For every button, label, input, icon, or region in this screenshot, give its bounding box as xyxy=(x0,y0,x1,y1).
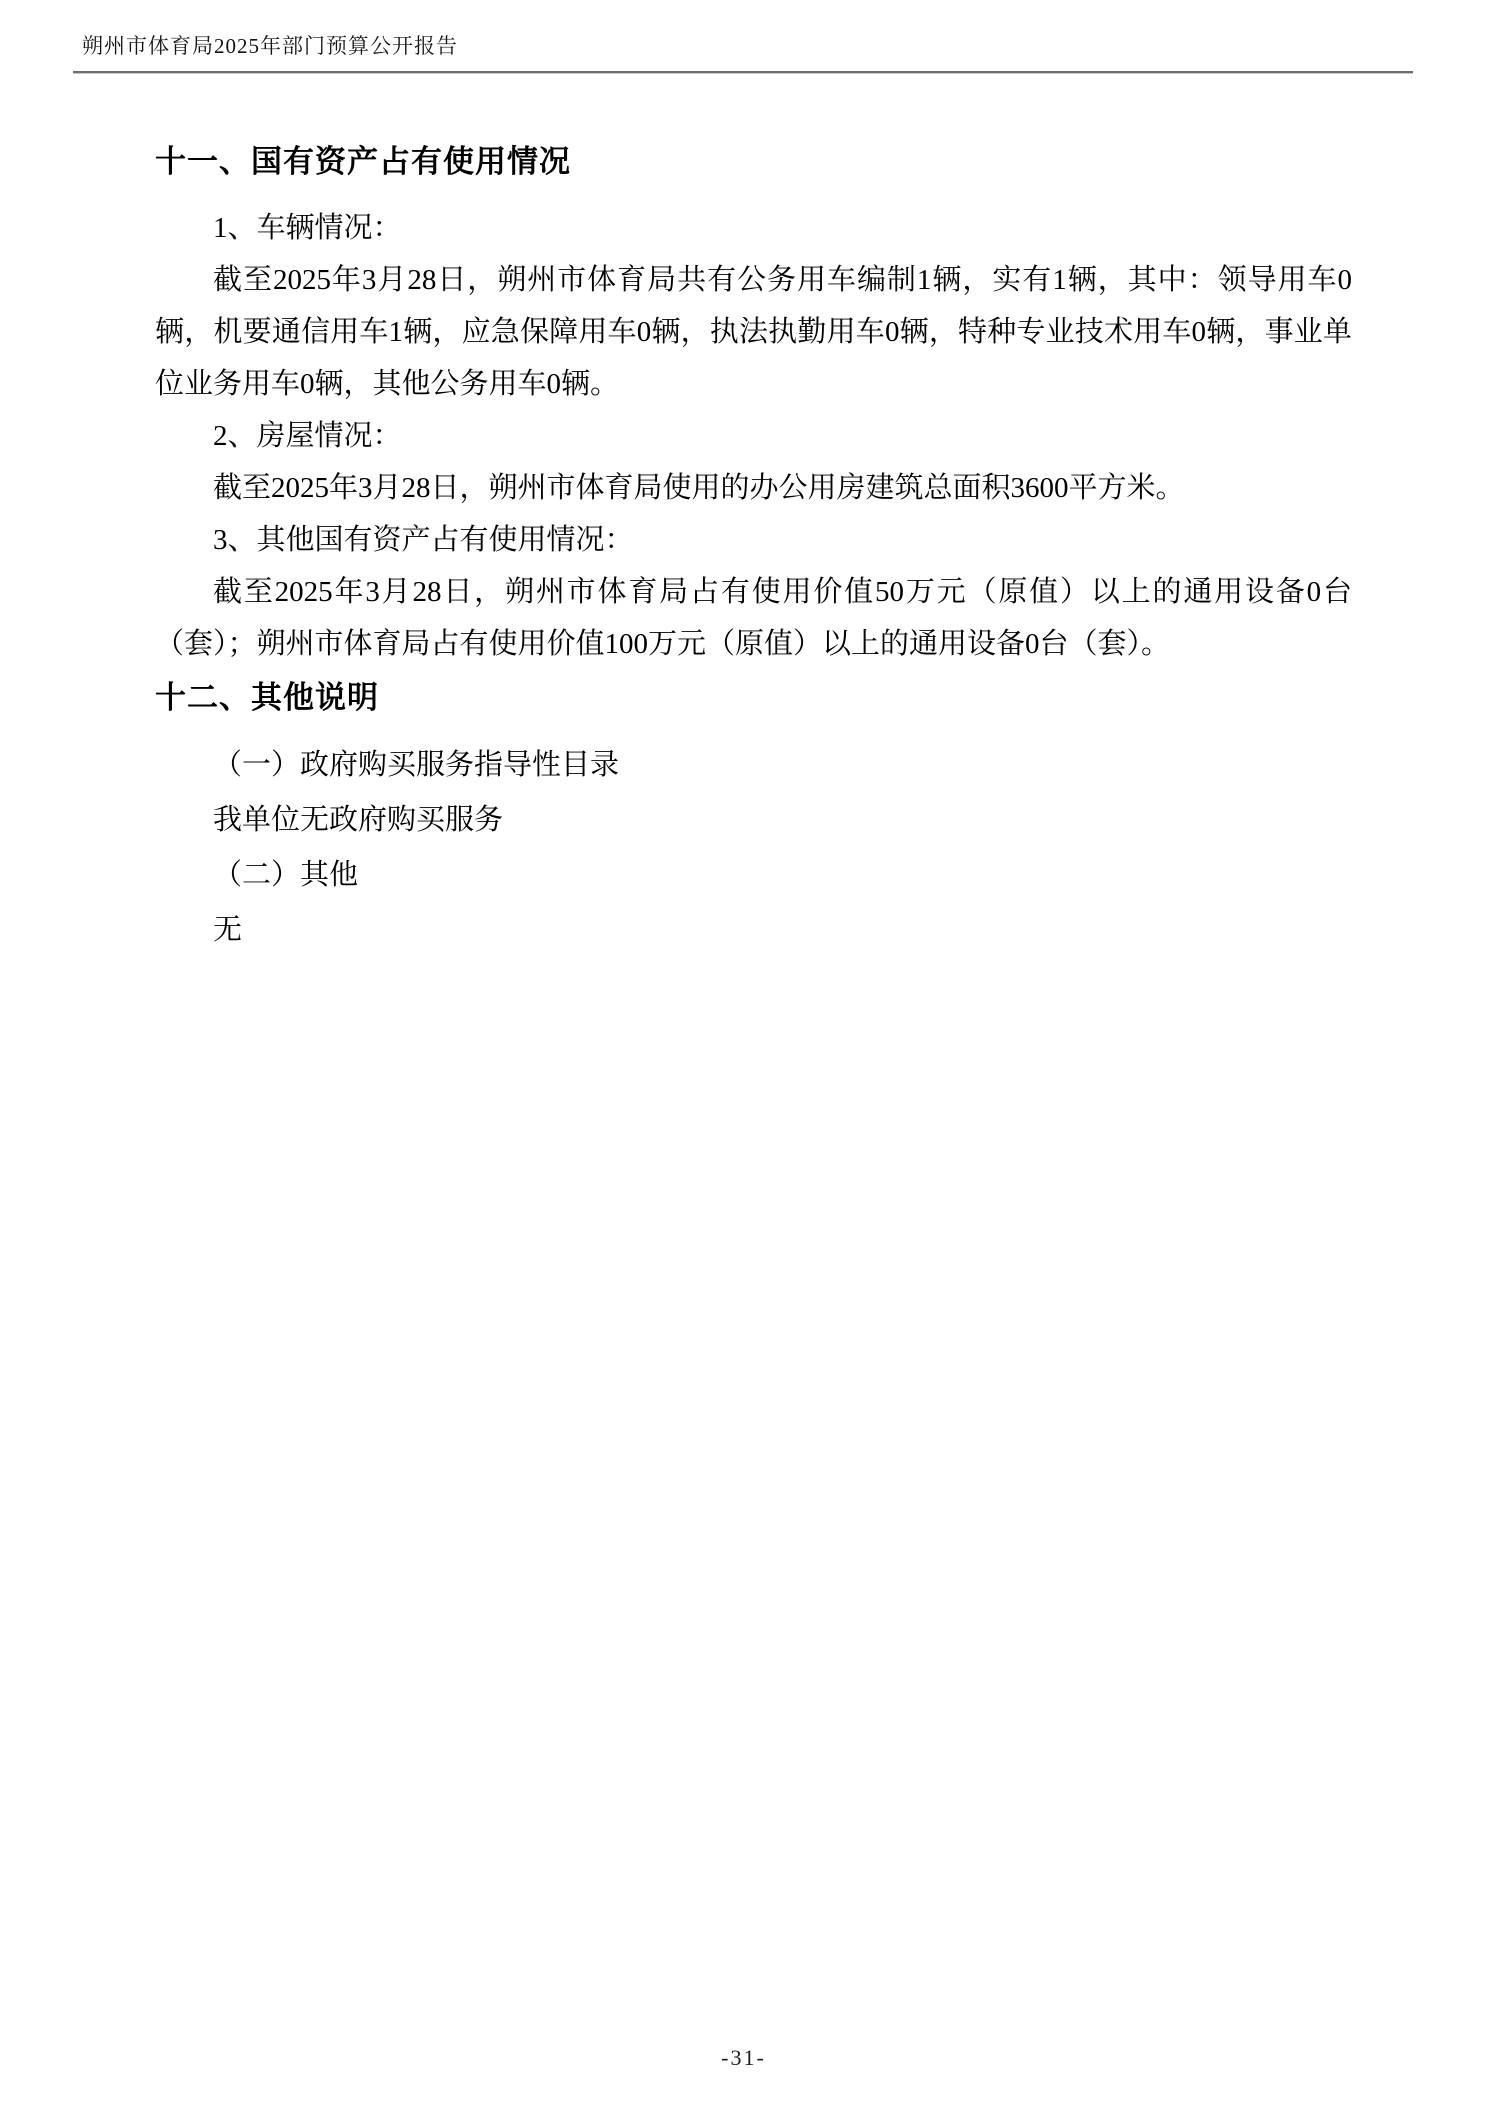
housing-paragraph: 截至2025年3月28日，朔州市体育局使用的办公用房建筑总面积3600平方米。 xyxy=(155,462,1352,514)
housing-subheading: 2、房屋情况： xyxy=(155,410,1352,462)
other-assets-subheading: 3、其他国有资产占有使用情况： xyxy=(155,514,1352,566)
page-number: -31- xyxy=(721,2045,766,2070)
page-header-title: 朔州市体育局2025年部门预算公开报告 xyxy=(82,30,458,60)
no-gov-purchase-line: 我单位无政府购买服务 xyxy=(155,793,1352,848)
document-content: 十一、国有资产占有使用情况 1、车辆情况： 截至2025年3月28日，朔州市体育… xyxy=(155,142,1352,958)
vehicles-subheading: 1、车辆情况： xyxy=(155,202,1352,254)
document-page: 朔州市体育局2025年部门预算公开报告 十一、国有资产占有使用情况 1、车辆情况… xyxy=(0,0,1487,2105)
gov-purchase-directory-line: （一）政府购买服务指导性目录 xyxy=(155,738,1352,793)
vehicles-paragraph: 截至2025年3月28日，朔州市体育局共有公务用车编制1辆，实有1辆，其中：领导… xyxy=(155,254,1352,410)
section-11-heading: 十一、国有资产占有使用情况 xyxy=(155,142,1352,182)
header-rule xyxy=(73,71,1413,74)
section-12-heading: 十二、其他说明 xyxy=(155,678,1352,718)
none-line: 无 xyxy=(155,903,1352,958)
page-footer: -31- xyxy=(0,2045,1487,2071)
other-assets-paragraph: 截至2025年3月28日，朔州市体育局占有使用价值50万元（原值）以上的通用设备… xyxy=(155,566,1352,670)
other-subheading-line: （二）其他 xyxy=(155,848,1352,903)
